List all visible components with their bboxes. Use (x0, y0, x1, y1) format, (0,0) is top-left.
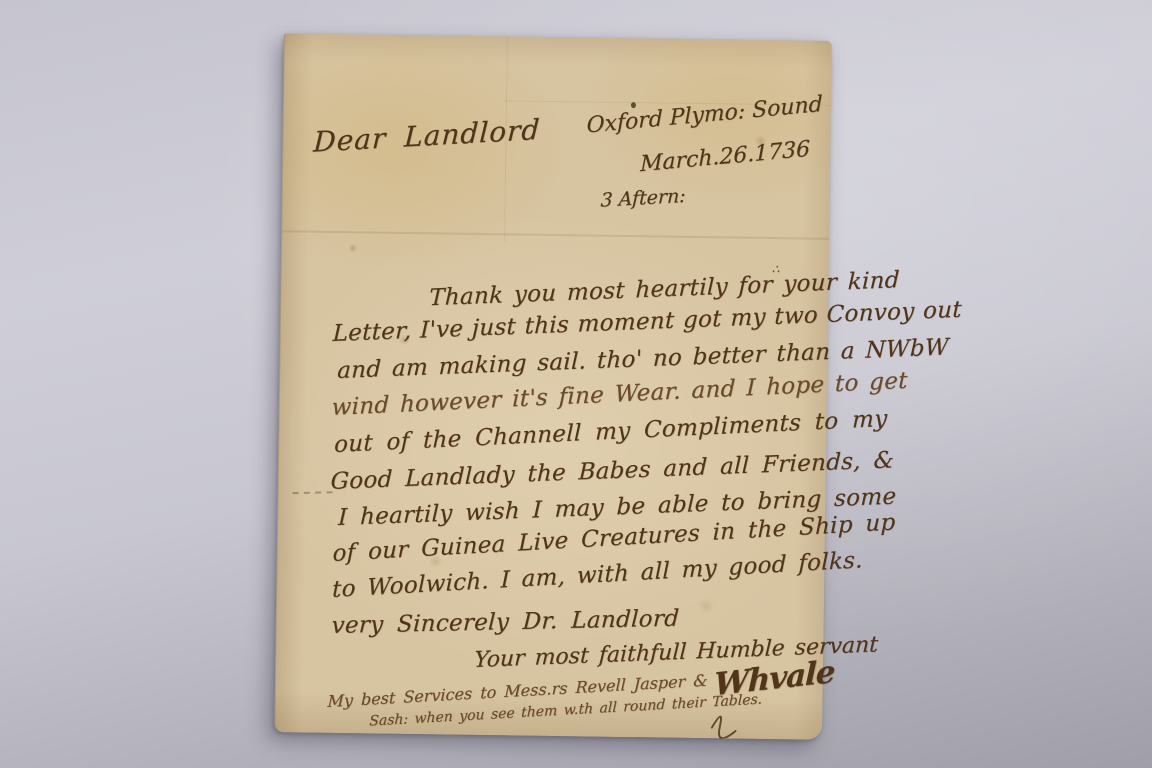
body-line: very Sincerely Dr. Landlord (331, 606, 680, 639)
photo-background: { "photo": { "description": "Photograph … (0, 0, 1152, 768)
letter-paper: Dear Landlord Oxford Plymo: Sound March.… (274, 33, 832, 740)
dateline-place: Oxford Plymo: Sound (587, 92, 823, 139)
foxing-spot (697, 599, 715, 613)
dateline-time: 3 Aftern: (600, 185, 686, 212)
margin-pencil-dash (292, 491, 332, 494)
foxing-spot (348, 244, 358, 252)
salutation: Dear Landlord (313, 113, 542, 159)
dateline-date: March.26.1736 (640, 137, 810, 178)
ink-fleck (631, 102, 636, 108)
fold-crease-horizontal-mid (282, 230, 829, 240)
